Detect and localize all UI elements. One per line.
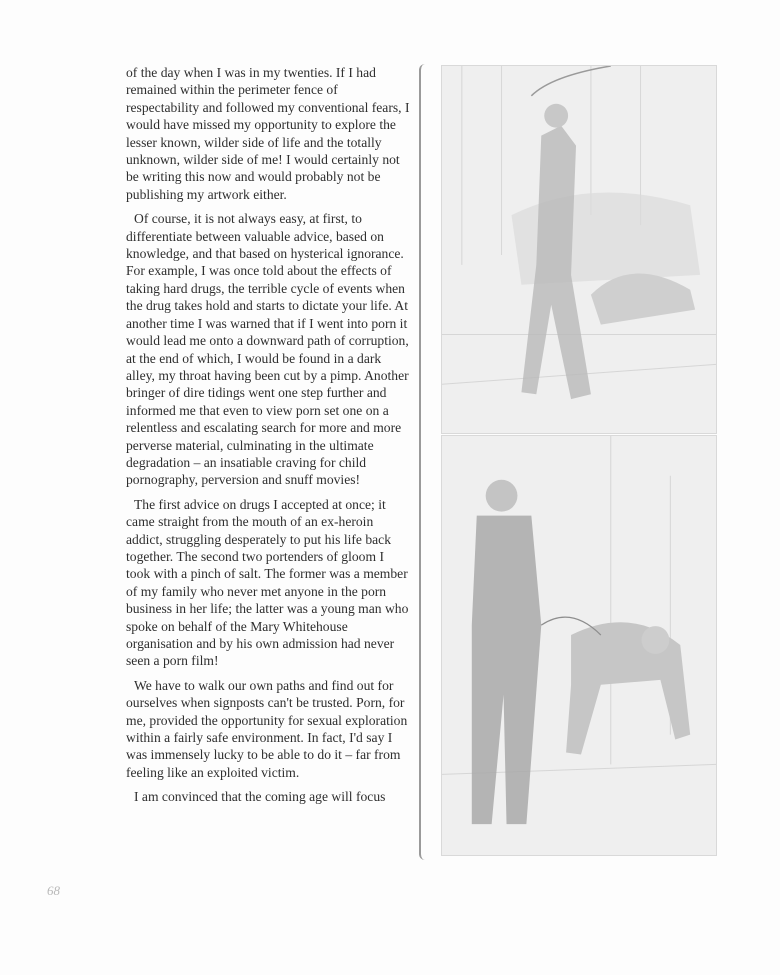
column-divider-bracket bbox=[419, 64, 425, 860]
paragraph-2: Of course, it is not always easy, at fir… bbox=[126, 210, 411, 489]
body-text-column: of the day when I was in my twenties. If… bbox=[126, 64, 411, 813]
paragraph-1: of the day when I was in my twenties. If… bbox=[126, 64, 411, 203]
illustration-bottom bbox=[441, 435, 717, 856]
pencil-sketch-placeholder-icon bbox=[442, 436, 716, 855]
paragraph-3: The first advice on drugs I accepted at … bbox=[126, 496, 411, 670]
pencil-sketch-placeholder-icon bbox=[442, 66, 716, 433]
paragraph-4: We have to walk our own paths and find o… bbox=[126, 677, 411, 781]
page-number: 68 bbox=[47, 883, 60, 899]
paragraph-5: I am convinced that the coming age will … bbox=[126, 788, 411, 805]
illustration-top bbox=[441, 65, 717, 434]
